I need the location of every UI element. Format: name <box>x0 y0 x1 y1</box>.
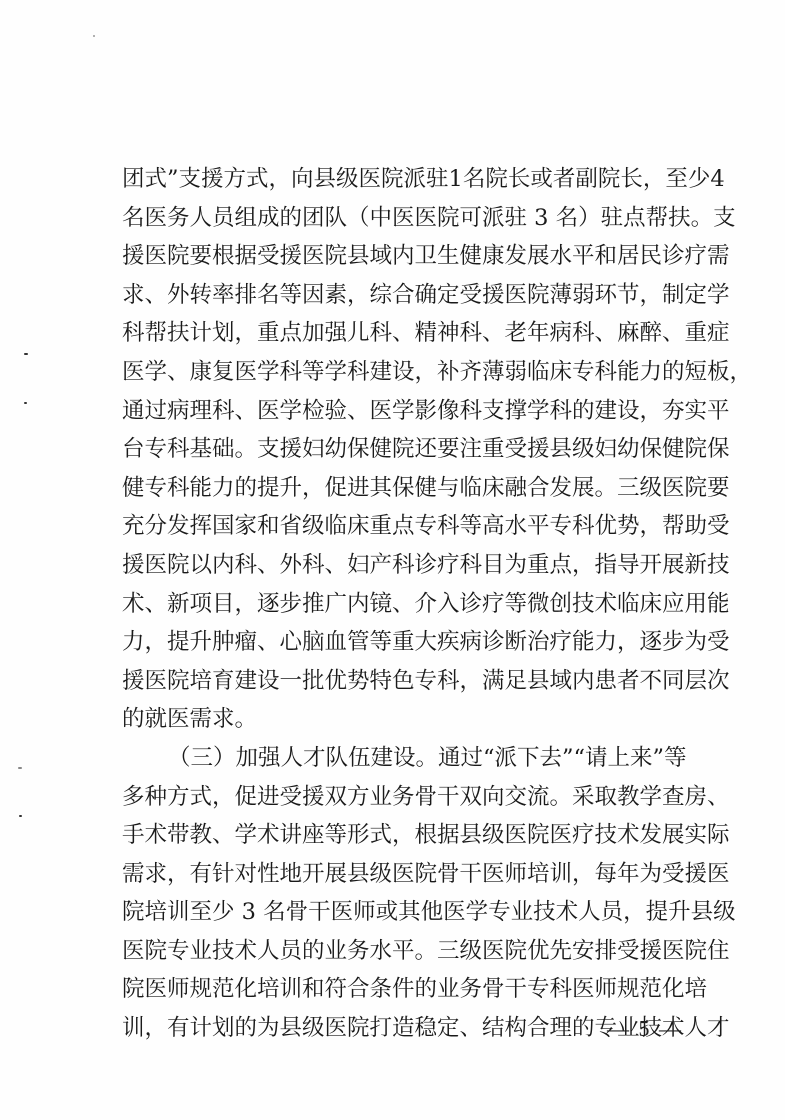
body-text: 团式”支援方式，向县级医院派驻1名院长或者副院长，至少4 名医务人员组成的团队（… <box>122 160 682 1048</box>
page-number: — 5 — <box>600 1016 690 1042</box>
text-line: 团式”支援方式，向县级医院派驻1名院长或者副院长，至少4 <box>122 160 682 199</box>
paragraph-1: 团式”支援方式，向县级医院派驻1名院长或者副院长，至少4 名医务人员组成的团队（… <box>122 160 682 739</box>
text-line: 院医师规范化培训和符合条件的业务骨干专科医师规范化培 <box>122 970 682 1009</box>
text-line: 的就医需求。 <box>122 700 682 739</box>
text-line: 援医院培育建设一批优势特色专科，满足县域内患者不同层次 <box>122 662 682 701</box>
text-line: 院培训至少 3 名骨干医师或其他医学专业技术人员，提升县级 <box>122 893 682 932</box>
text-line: 训，有计划的为县级医院打造稳定、结构合理的专业技术人才 <box>122 1009 682 1048</box>
text-line: 医学、康复医学科等学科建设，补齐薄弱临床专科能力的短板， <box>122 353 682 392</box>
scan-speck <box>93 35 95 37</box>
text-line: 充分发挥国家和省级临床重点专科等高水平专科优势，帮助受 <box>122 507 682 546</box>
text-line: 手术带教、学术讲座等形式，根据县级医院医疗技术发展实际 <box>122 816 682 855</box>
text-line: 术、新项目，逐步推广内镜、介入诊疗等微创技术临床应用能 <box>122 585 682 624</box>
text-line: 援医院要根据受援医院县域内卫生健康发展水平和居民诊疗需 <box>122 237 682 276</box>
text-line: 通过病理科、医学检验、医学影像科支撑学科的建设，夯实平 <box>122 392 682 431</box>
scan-speck <box>24 353 28 355</box>
text-line: 需求，有针对性地开展县级医院骨干医师培训，每年为受援医 <box>122 855 682 894</box>
scan-speck <box>18 767 22 769</box>
document-page: 团式”支援方式，向县级医院派驻1名院长或者副院长，至少4 名医务人员组成的团队（… <box>0 0 785 1120</box>
scan-speck <box>19 815 22 817</box>
text-line: 力，提升肿瘤、心脑血管等重大疾病诊断治疗能力，逐步为受 <box>122 623 682 662</box>
text-line: 医院专业技术人员的业务水平。三级医院优先安排受援医院住 <box>122 932 682 971</box>
paragraph-2-section-3: （三）加强人才队伍建设。通过“派下去”“请上来”等 多种方式，促进受援双方业务骨… <box>122 739 682 1048</box>
scan-speck <box>24 402 27 404</box>
text-line: 台专科基础。支援妇幼保健院还要注重受援县级妇幼保健院保 <box>122 430 682 469</box>
section-heading-line: （三）加强人才队伍建设。通过“派下去”“请上来”等 <box>122 739 682 778</box>
text-line: 援医院以内科、外科、妇产科诊疗科目为重点，指导开展新技 <box>122 546 682 585</box>
text-line: 健专科能力的提升，促进其保健与临床融合发展。三级医院要 <box>122 469 682 508</box>
text-line: 多种方式，促进受援双方业务骨干双向交流。采取教学查房、 <box>122 778 682 817</box>
text-line: 科帮扶计划，重点加强儿科、精神科、老年病科、麻醉、重症 <box>122 314 682 353</box>
text-line: 求、外转率排名等因素，综合确定受援医院薄弱环节，制定学 <box>122 276 682 315</box>
text-line: 名医务人员组成的团队（中医医院可派驻 3 名）驻点帮扶。支 <box>122 199 682 238</box>
